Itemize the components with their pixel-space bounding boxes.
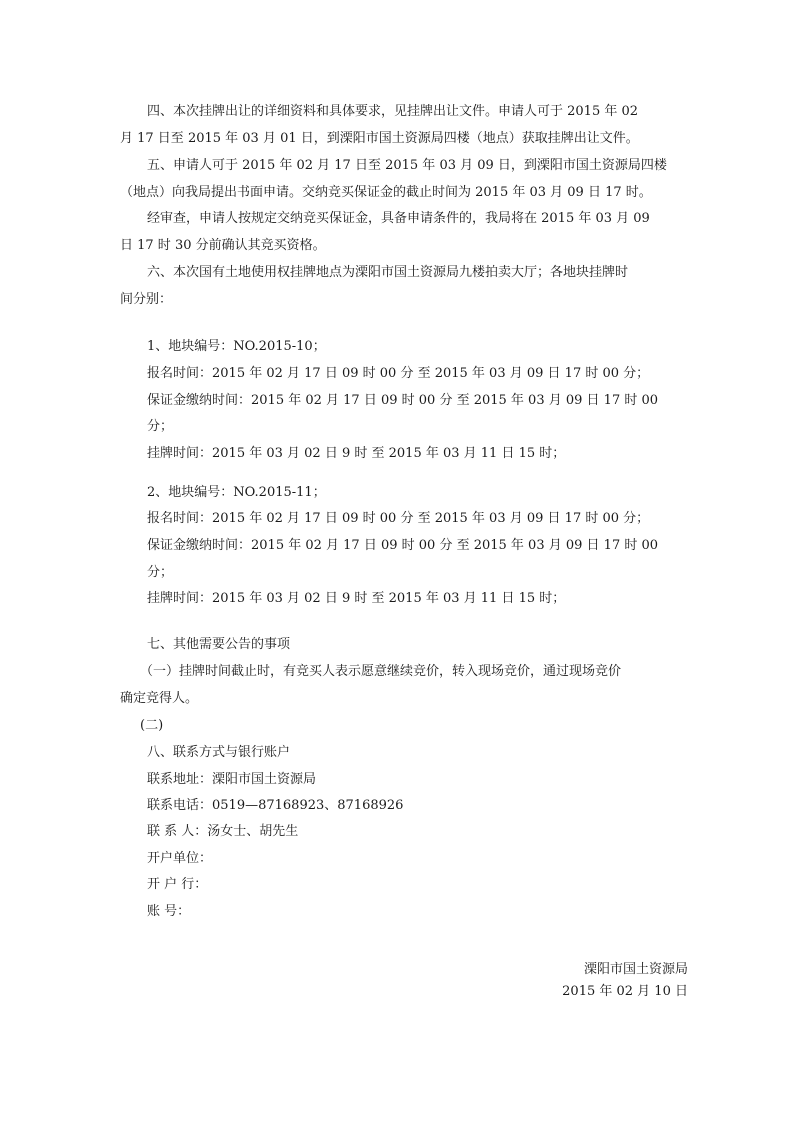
section6-line1: 六、本次国有土地使用权挂牌地点为溧阳市国土资源局九楼拍卖大厅；各地块挂牌时 [147,264,628,282]
parcel-1-deposit-line1: 保证金缴纳时间：2015 年 02 月 17 日 09 时 00 分 至 201… [147,392,658,410]
review-line1: 经审查，申请人按规定交纳竞买保证金，具备申请条件的，我局将在 2015 年 03… [147,210,650,228]
parcel-2-deposit-line2: 分； [147,564,173,582]
contact-phone: 联系电话：0519—87168923、87168926 [147,797,403,815]
parcel-1-registration: 报名时间：2015 年 02 月 17 日 09 时 00 分 至 2015 年… [147,365,649,383]
section7-item2: (二) [140,717,163,735]
parcel-2-registration: 报名时间：2015 年 02 月 17 日 09 时 00 分 至 2015 年… [147,510,649,528]
bank-name: 开 户 行： [147,876,207,894]
parcel-1-deposit-line2: 分； [147,418,173,436]
section4-line2: 月 17 日至 2015 年 03 月 01 日，到溧阳市国土资源局四楼（地点）… [120,130,639,148]
section8-heading: 八、联系方式与银行账户 [147,744,290,762]
section7-item1-line2: 确定竞得人。 [120,690,198,708]
parcel-2-id: 2、地块编号：NO.2015-11； [147,484,326,502]
account-number: 账 号： [147,903,190,921]
review-line2: 日 17 时 30 分前确认其竞买资格。 [120,237,326,255]
signature-org: 溧阳市国土资源局 [584,961,688,979]
section4-line1: 四、本次挂牌出让的详细资料和具体要求，见挂牌出让文件。申请人可于 2015 年 … [147,103,638,121]
parcel-1-listing: 挂牌时间：2015 年 03 月 02 日 9 时 至 2015 年 03 月 … [147,445,565,463]
section7-item1-line1: （一）挂牌时间截止时，有竞买人表示愿意继续竞价，转入现场竞价，通过现场竞价 [140,663,621,681]
parcel-1-id: 1、地块编号：NO.2015-10； [147,338,326,356]
account-unit: 开户单位： [147,850,212,868]
section5-line2: （地点）向我局提出书面申请。交纳竞买保证金的截止时间为 2015 年 03 月 … [120,184,652,202]
contact-address: 联系地址：溧阳市国土资源局 [147,771,316,789]
section6-line2: 间分别： [120,291,172,309]
section5-line1: 五、申请人可于 2015 年 02 月 17 日至 2015 年 03 月 09… [147,157,667,175]
parcel-2-listing: 挂牌时间：2015 年 03 月 02 日 9 时 至 2015 年 03 月 … [147,590,565,608]
contact-person: 联 系 人：汤女士、胡先生 [147,823,298,841]
signature-date: 2015 年 02 月 10 日 [562,983,688,1001]
section7-heading: 七、其他需要公告的事项 [147,636,290,654]
parcel-2-deposit-line1: 保证金缴纳时间：2015 年 02 月 17 日 09 时 00 分 至 201… [147,537,658,555]
